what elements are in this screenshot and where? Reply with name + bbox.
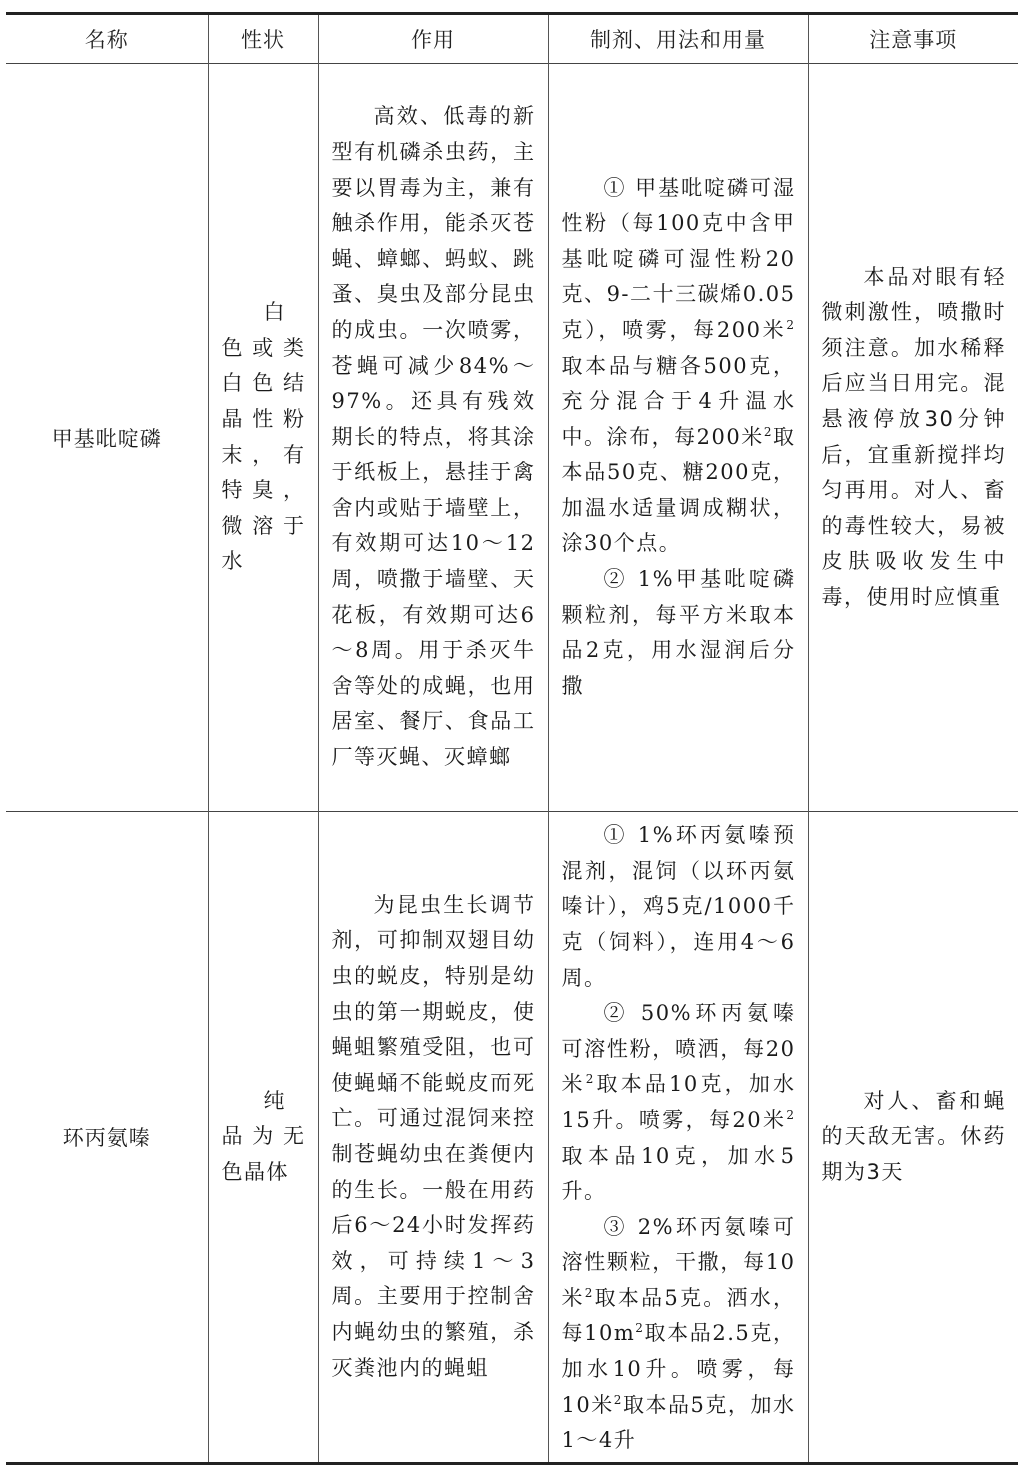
- drug-notes-cell: 对人、畜和蝇的天敌无害。休药期为3天: [808, 812, 1018, 1464]
- header-notes: 注意事项: [808, 14, 1018, 64]
- dosage-block: ① 1%环丙氨嗪预混剂，混饲（以环丙氨嗪计），鸡5克/1000千克（饲料），连用…: [549, 815, 808, 1459]
- header-dosage: 制剂、用法和用量: [548, 14, 808, 64]
- header-name: 名称: [6, 14, 208, 64]
- drug-properties: 白色或类白色结晶性粉末，有特臭，微溶于水: [209, 295, 318, 580]
- drug-notes: 本品对眼有轻微刺激性，喷撒时须注意。加水稀释后应当日用完。混悬液停放30分钟后，…: [809, 260, 1019, 616]
- table-row: 甲基吡啶磷 白色或类白色结晶性粉末，有特臭，微溶于水 高效、低毒的新型有机磷杀虫…: [6, 64, 1018, 812]
- drug-action-cell: 为昆虫生长调节剂，可抑制双翅目幼虫的蜕皮，特别是幼虫的第一期蜕皮，使蝇蛆繁殖受阻…: [318, 812, 548, 1464]
- drug-name: 环丙氨嗪: [6, 812, 208, 1464]
- drug-action: 高效、低毒的新型有机磷杀虫药，主要以胃毒为主，兼有触杀作用，能杀灭苍蝇、蟑螂、蚂…: [319, 99, 548, 775]
- header-row: 名称 性状 作用 制剂、用法和用量 注意事项: [6, 14, 1018, 64]
- dosage-item: ② 50%环丙氨嗪可溶性粉，喷洒，每20米2取本品10克，加水15升。喷雾，每2…: [549, 996, 808, 1210]
- header-action: 作用: [318, 14, 548, 64]
- drug-action-cell: 高效、低毒的新型有机磷杀虫药，主要以胃毒为主，兼有触杀作用，能杀灭苍蝇、蟑螂、蚂…: [318, 64, 548, 812]
- drug-dosage-cell: ① 甲基吡啶磷可湿性粉（每100克中含甲基吡啶磷可湿性粉20克、9-二十三碳烯0…: [548, 64, 808, 812]
- header-properties: 性状: [208, 14, 318, 64]
- drug-properties: 纯品为无色晶体: [209, 1084, 318, 1191]
- dosage-item: ① 1%环丙氨嗪预混剂，混饲（以环丙氨嗪计），鸡5克/1000千克（饲料），连用…: [549, 818, 808, 996]
- dosage-item: ① 甲基吡啶磷可湿性粉（每100克中含甲基吡啶磷可湿性粉20克、9-二十三碳烯0…: [549, 171, 808, 563]
- table-header: 名称 性状 作用 制剂、用法和用量 注意事项: [6, 14, 1018, 64]
- drug-dosage-cell: ① 1%环丙氨嗪预混剂，混饲（以环丙氨嗪计），鸡5克/1000千克（饲料），连用…: [548, 812, 808, 1464]
- drug-action: 为昆虫生长调节剂，可抑制双翅目幼虫的蜕皮，特别是幼虫的第一期蜕皮，使蝇蛆繁殖受阻…: [319, 888, 548, 1386]
- drug-table: 名称 性状 作用 制剂、用法和用量 注意事项 甲基吡啶磷 白色或类白色结晶性粉末…: [6, 12, 1018, 1465]
- table-row: 环丙氨嗪 纯品为无色晶体 为昆虫生长调节剂，可抑制双翅目幼虫的蜕皮，特别是幼虫的…: [6, 812, 1018, 1464]
- drug-notes-cell: 本品对眼有轻微刺激性，喷撒时须注意。加水稀释后应当日用完。混悬液停放30分钟后，…: [808, 64, 1018, 812]
- drug-name: 甲基吡啶磷: [6, 64, 208, 812]
- drug-notes: 对人、畜和蝇的天敌无害。休药期为3天: [809, 1084, 1019, 1191]
- drug-properties-cell: 白色或类白色结晶性粉末，有特臭，微溶于水: [208, 64, 318, 812]
- dosage-item: ② 1%甲基吡啶磷颗粒剂，每平方米取本品2克，用水湿润后分撒: [549, 562, 808, 704]
- drug-properties-cell: 纯品为无色晶体: [208, 812, 318, 1464]
- dosage-item: ③ 2%环丙氨嗪可溶性颗粒，干撒，每10米2取本品5克。洒水，每10m2取本品2…: [549, 1210, 808, 1459]
